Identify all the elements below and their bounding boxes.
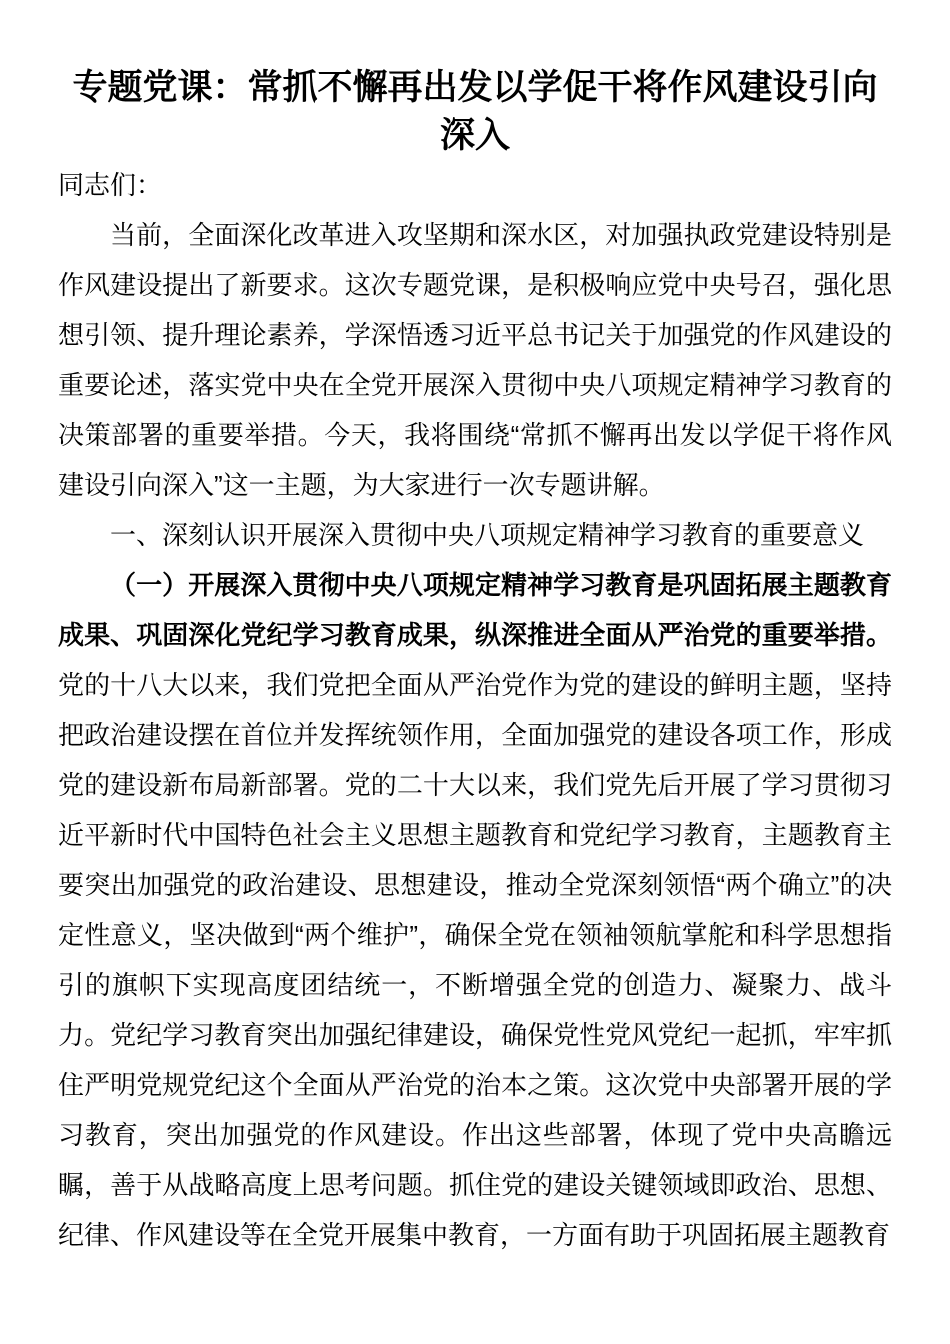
subsection-body-text: 党的十八大以来，我们党把全面从严治党作为党的建设的鲜明主题，坚持把政治建设摆在首… — [58, 670, 892, 1250]
salutation: 同志们： — [58, 160, 892, 210]
subsection-lead-sentence: （一）开展深入贯彻中央八项规定精神学习教育是巩固拓展主题教育成果、巩固深化党纪学… — [58, 570, 892, 650]
document-title: 专题党课：常抓不懈再出发以学促干将作风建设引向深入 — [58, 64, 892, 160]
section-heading: 一、深刻认识开展深入贯彻中央八项规定精神学习教育的重要意义 — [58, 510, 892, 560]
opening-paragraph: 当前，全面深化改革进入攻坚期和深水区，对加强执政党建设特别是作风建设提出了新要求… — [58, 210, 892, 510]
subsection-paragraph: （一）开展深入贯彻中央八项规定精神学习教育是巩固拓展主题教育成果、巩固深化党纪学… — [58, 560, 892, 1260]
document-page: 专题党课：常抓不懈再出发以学促干将作风建设引向深入 同志们： 当前，全面深化改革… — [0, 0, 950, 1344]
